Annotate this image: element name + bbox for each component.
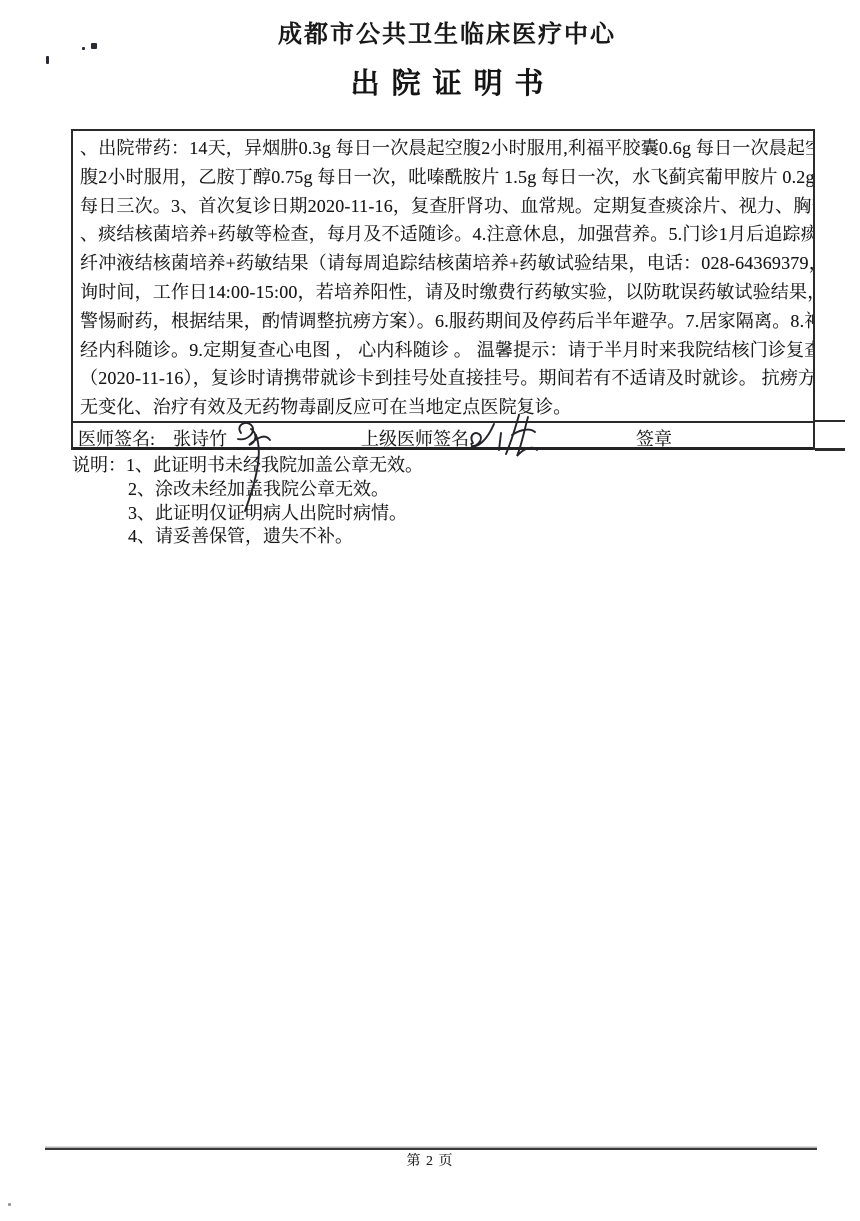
supervisor-signature-handwriting (461, 403, 556, 468)
instructions-line: 警惕耐药，根据结果，酌情调整抗痨方案）。6.服药期间及停药后半年避孕。7.居家隔… (80, 307, 808, 336)
instructions-line: 纤冲液结核菌培养+药敏结果（请每周追踪结核菌培养+药敏试验结果，电话：028-6… (80, 249, 808, 278)
instructions-line: 、出院带药：14天，异烟肼0.3g 每日一次晨起空腹2小时服用,利福平胶囊0.6… (80, 134, 808, 163)
scan-speck (8, 1203, 11, 1206)
doctor-signature-handwriting (225, 417, 295, 517)
note-item: 3、此证明仅证明病人出院时病情。 (128, 502, 692, 526)
table-rule-overrun (815, 420, 845, 422)
hospital-name: 成都市公共卫生临床医疗中心 (34, 14, 860, 49)
page-number: 第 2 页 (0, 1150, 860, 1170)
note-item: 2、涂改未经加盖我院公章无效。 (128, 478, 692, 502)
doctor-signature-label: 医师签名: (78, 425, 155, 451)
notes-section: 说明： 1、此证明书未经我院加盖公章无效。 2、涂改未经加盖我院公章无效。 3、… (72, 454, 692, 549)
notes-label: 说明： (72, 454, 126, 478)
note-item: 4、请妥善保管，遗失不补。 (128, 525, 692, 549)
supervisor-signature-label: 上级医师签名: (361, 425, 474, 451)
document-header: 成都市公共卫生临床医疗中心 出院证明书 (34, 14, 860, 102)
instructions-line: 经内科随诊。9.定期复查心电图 ， 心内科随诊 。 温馨提示：请于半月时来我院结… (80, 336, 808, 365)
document-title: 出院证明书 (34, 61, 860, 102)
instructions-line: 每日三次。3、首次复诊日期2020-11-16，复查肝肾功、血常规。定期复查痰涂… (80, 192, 808, 221)
instructions-line: 询时间，工作日14:00-15:00，若培养阳性，请及时缴费行药敏实验，以防耽误… (80, 278, 808, 307)
table-rule-overrun (815, 448, 845, 451)
discharge-certificate-page: 成都市公共卫生临床医疗中心 出院证明书 、出院带药：14天，异烟肼0.3g 每日… (0, 0, 860, 1221)
instructions-line: （2020-11-16），复诊时请携带就诊卡到挂号处直接挂号。期间若有不适请及时… (80, 364, 808, 393)
doctor-name: 张诗竹 (173, 425, 227, 451)
instructions-line: 腹2小时服用，乙胺丁醇0.75g 每日一次，吡嗪酰胺片 1.5g 每日一次，水飞… (80, 163, 808, 192)
instructions-line: 、痰结核菌培养+药敏等检查，每月及不适随诊。4.注意休息，加强营养。5.门诊1月… (80, 220, 808, 249)
signature-row: 医师签名: 张诗竹 上级医师签名: 签章 (73, 421, 813, 450)
seal-label: 签章 (636, 425, 672, 451)
instructions-line: 无变化、治疗有效及无药物毒副反应可在当地定点医院复诊。 (80, 393, 808, 421)
discharge-instructions-text: 、出院带药：14天，异烟肼0.3g 每日一次晨起空腹2小时服用,利福平胶囊0.6… (73, 131, 813, 421)
instructions-table: 、出院带药：14天，异烟肼0.3g 每日一次晨起空腹2小时服用,利福平胶囊0.6… (71, 129, 815, 450)
